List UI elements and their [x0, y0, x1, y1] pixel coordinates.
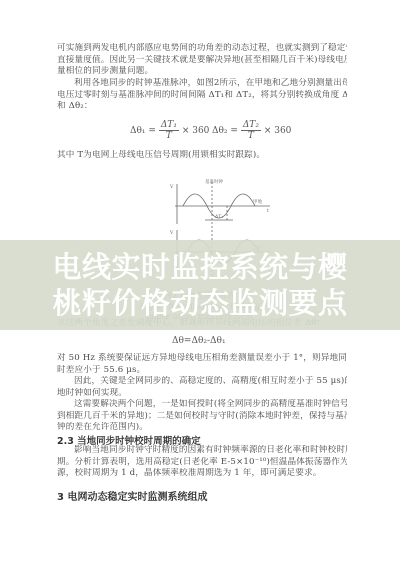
text-line: 因此，关键是全网同步的、高稳定度的、高精度(相互时差小于 55 μs)的异	[57, 376, 347, 388]
equation-delta-theta: Δθ=Δθ₂-Δθ₁	[172, 336, 226, 346]
eq-rhs: × 360	[264, 126, 292, 136]
fraction: ΔT₂ T	[241, 120, 261, 141]
eq-lhs: Δθ₁ =	[130, 126, 156, 136]
equation-delta-theta-2: Δθ₂ = ΔT₂ T × 360	[212, 120, 291, 141]
banner-title-line-2: 桃籽价格动态监测要点	[0, 286, 400, 320]
equation-delta-theta-1: Δθ₁ = ΔT₁ T × 360	[130, 120, 209, 141]
paragraph-3: 其中 T为电网上母线电压信号周期(用锁相实时跟踪)。	[57, 150, 347, 162]
text-line: 时差应小于 55.6 μs。	[57, 365, 347, 377]
title-banner: 电线实时监控系统与樱 桃籽价格动态监测要点	[0, 240, 400, 330]
text-line: 量相位的同步测量问题。	[57, 66, 347, 78]
axis-t-top: t	[267, 208, 269, 214]
eq-lhs: Δθ₂ =	[212, 126, 238, 136]
paragraph-8: 影响当地同步时钟守时精度的因素有时钟频率源的日老化率和时钟校时周 期。分析计算表…	[57, 445, 347, 480]
text-line: 到相距几百千米的异地)；二是如何校时与守时(消除本地时钟差，保持与基准时	[57, 411, 347, 423]
axis-v-bottom: V	[169, 230, 174, 236]
text-line: 这需要解决两个问题，一是如何授时(将全网同步的高精度基准时钟信号传送	[57, 399, 347, 411]
axis-v-top: V	[169, 184, 174, 190]
fraction-numerator: ΔT₂	[241, 120, 261, 131]
fraction: ΔT₁ T	[159, 120, 179, 141]
label-reference-clock: 基准时钟	[205, 178, 223, 185]
banner-title-line-1: 电线实时监控系统与樱	[0, 250, 400, 284]
document-page: 可实施到两发电机内部感应电势间的功角差的动态过程，也就实测到了稳定性的 直接量度…	[0, 0, 400, 566]
paragraph-1: 可实施到两发电机内部感应电势间的功角差的动态过程，也就实测到了稳定性的 直接量度…	[57, 43, 347, 78]
text-line: 地时钟如何实现。	[57, 388, 347, 400]
text-line: 影响当地同步时钟守时精度的因素有时钟频率源的日老化率和时钟校时周	[57, 445, 347, 457]
text-line: 源，校时周期为 1 d，晶体频率校准周期选为 1 年，即可满足要求。	[57, 468, 347, 480]
label-delta-t1: ΔT₁	[215, 214, 223, 220]
text-line: 直接量度值。因此另一关键技术就是要解决异地(甚至相隔几百千米)母线电压相	[57, 55, 347, 67]
text-line: 其中 T为电网上母线电压信号周期(用锁相实时跟踪)。	[57, 150, 347, 162]
fraction-denominator: T	[159, 131, 179, 141]
eq-rhs: × 360	[182, 126, 210, 136]
fraction-numerator: ΔT₁	[159, 120, 179, 131]
paragraph-5: 对 50 Hz 系统要保证远方异地母线电压相角差测量误差小于 1°，则异地同步时…	[57, 353, 347, 376]
text-line: 电压过零时刻与基准脉冲间的时间间隔 ΔT₁和 ΔT₂，将其分别转换成角度 Δθ₁	[57, 90, 347, 102]
text-line: 利用各地同步的时钟基准脉冲，如图2所示，在甲地和乙地分别测量出母线	[57, 78, 347, 90]
paragraph-2: 利用各地同步的时钟基准脉冲，如图2所示，在甲地和乙地分别测量出母线 电压过零时刻…	[57, 78, 347, 113]
label-site-a: 甲地	[253, 198, 262, 205]
text-line: 可实施到两发电机内部感应电势间的功角差的动态过程，也就实测到了稳定性的	[57, 43, 347, 55]
section-heading-3: 3 电网动态稳定实时监测系统组成	[57, 488, 207, 503]
text-line: 和 Δθ₂：	[57, 101, 347, 113]
text-line: 期。分析计算表明，选用高稳定(日老化率 E-5×10⁻¹⁰)恒温晶体振荡器作为频…	[57, 457, 347, 469]
paragraph-7: 这需要解决两个问题，一是如何授时(将全网同步的高精度基准时钟信号传送 到相距几百…	[57, 399, 347, 434]
text-line: 对 50 Hz 系统要保证远方异地母线电压相角差测量误差小于 1°，则异地同步时…	[57, 353, 347, 365]
paragraph-6: 因此，关键是全网同步的、高稳定度的、高精度(相互时差小于 55 μs)的异 地时…	[57, 376, 347, 399]
fraction-denominator: T	[241, 131, 261, 141]
